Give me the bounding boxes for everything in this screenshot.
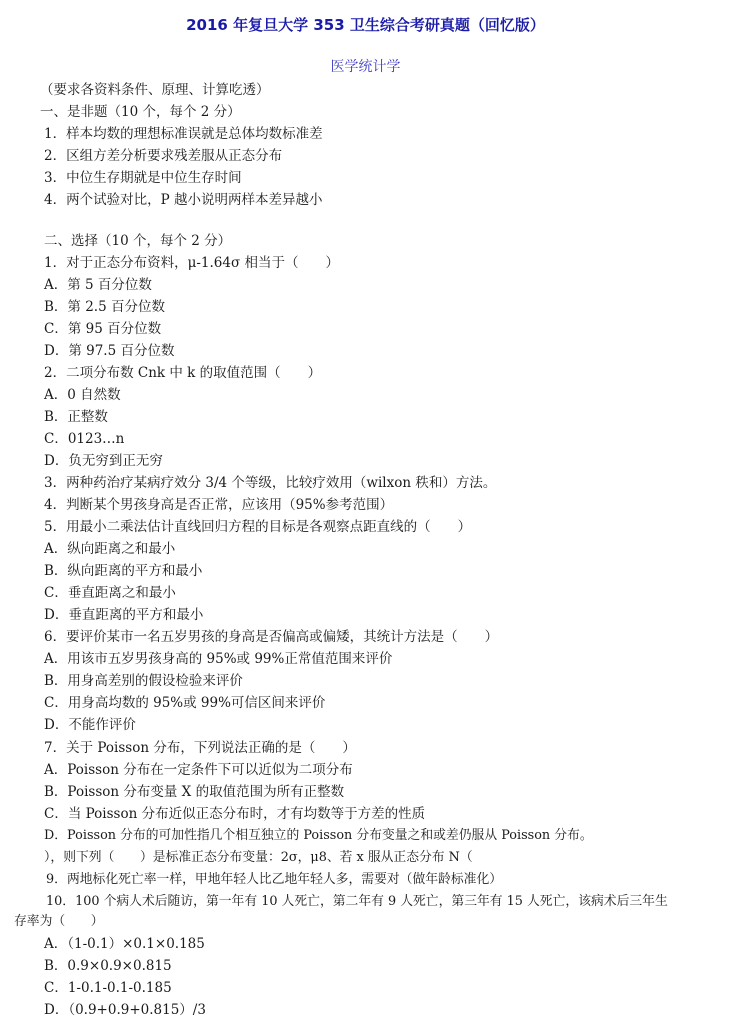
option-line: B．用身高差别的假设检验来评价 xyxy=(44,670,243,692)
option-line: C．垂直距离之和最小 xyxy=(44,582,176,604)
tf-item: 2．区组方差分析要求残差服从正态分布 xyxy=(44,145,282,167)
question-line: 3．两种药治疗某病疗效分 3/4 个等级，比较疗效用（wilxon 秩和）方法。 xyxy=(44,472,496,494)
option-line: A．用该市五岁男孩身高的 95%或 99%正常值范围来评价 xyxy=(44,648,392,670)
option-line: D．负无穷到正无穷 xyxy=(44,450,163,472)
question-line: 1．对于正态分布资料，μ-1.64σ 相当于（ ） xyxy=(44,252,339,274)
option-line: A．0 自然数 xyxy=(44,384,121,406)
option-line: C．当 Poisson 分布近似正态分布时，才有均数等于方差的性质 xyxy=(44,803,425,825)
question-line: 10．100 个病人术后随访，第一年有 10 人死亡，第二年有 9 人死亡，第三… xyxy=(46,891,668,913)
tf-item: 4．两个试验对比，P 越小说明两样本差异越小 xyxy=(44,189,322,211)
option-line: C．第 95 百分位数 xyxy=(44,318,161,340)
question-line: 6．要评价某市一名五岁男孩的身高是否偏高或偏矮，其统计方法是（ ） xyxy=(44,626,498,648)
question-line: 9．两地标化死亡率一样，甲地年轻人比乙地年轻人多，需要对（做年龄标准化） xyxy=(46,869,502,891)
option-line: A．（1-0.1）×0.1×0.185 xyxy=(44,933,205,955)
option-line: B．Poisson 分布变量 X 的取值范围为所有正整数 xyxy=(44,781,344,803)
subject-heading: 医学统计学 xyxy=(0,56,731,76)
option-line: B．第 2.5 百分位数 xyxy=(44,296,165,318)
tf-item: 3．中位生存期就是中位生存时间 xyxy=(44,167,242,189)
option-line: D．第 97.5 百分位数 xyxy=(44,340,174,362)
option-line: C．0123…n xyxy=(44,428,124,450)
option-line: A．第 5 百分位数 xyxy=(44,274,152,296)
question-line: 4．判断某个男孩身高是否正常，应该用（95%参考范围） xyxy=(44,494,393,516)
document-title: 2016 年复旦大学 353 卫生综合考研真题（回忆版） xyxy=(0,14,731,35)
option-line: A．纵向距离之和最小 xyxy=(44,538,175,560)
option-line: D．不能作评价 xyxy=(44,714,136,736)
option-line: D．（0.9+0.9+0.815）/3 xyxy=(44,999,206,1021)
section1-heading: 一、是非题（10 个，每个 2 分） xyxy=(40,101,241,123)
question-line: 2．二项分布数 Cnk 中 k 的取值范围（ ） xyxy=(44,362,321,384)
option-line: B．0.9×0.9×0.815 xyxy=(44,955,172,977)
option-line: C．1-0.1-0.1-0.185 xyxy=(44,977,172,999)
question-line: 5．用最小二乘法估计直线回归方程的目标是各观察点距直线的（ ） xyxy=(44,516,471,538)
question-line: ），则下列（ ）是标准正态分布变量：2σ，μ8、若 x 服从正态分布 N（ xyxy=(44,847,473,869)
option-line: A．Poisson 分布在一定条件下可以近似为二项分布 xyxy=(44,759,353,781)
tf-item: 1．样本均数的理想标准误就是总体均数标准差 xyxy=(44,123,323,145)
option-line: C．用身高均数的 95%或 99%可信区间来评价 xyxy=(44,692,325,714)
section2-heading: 二、选择（10 个，每个 2 分） xyxy=(44,230,231,252)
question-line: 7．关于 Poisson 分布，下列说法正确的是（ ） xyxy=(44,737,356,759)
requirement-note: （要求各资料条件、原理、计算吃透） xyxy=(40,79,270,101)
question-line-continued: 存率为（ ） xyxy=(14,911,104,933)
option-line: D．垂直距离的平方和最小 xyxy=(44,604,203,626)
option-line: D．Poisson 分布的可加性指几个相互独立的 Poisson 分布变量之和或… xyxy=(44,825,593,847)
option-line: B．纵向距离的平方和最小 xyxy=(44,560,202,582)
option-line: B．正整数 xyxy=(44,406,108,428)
